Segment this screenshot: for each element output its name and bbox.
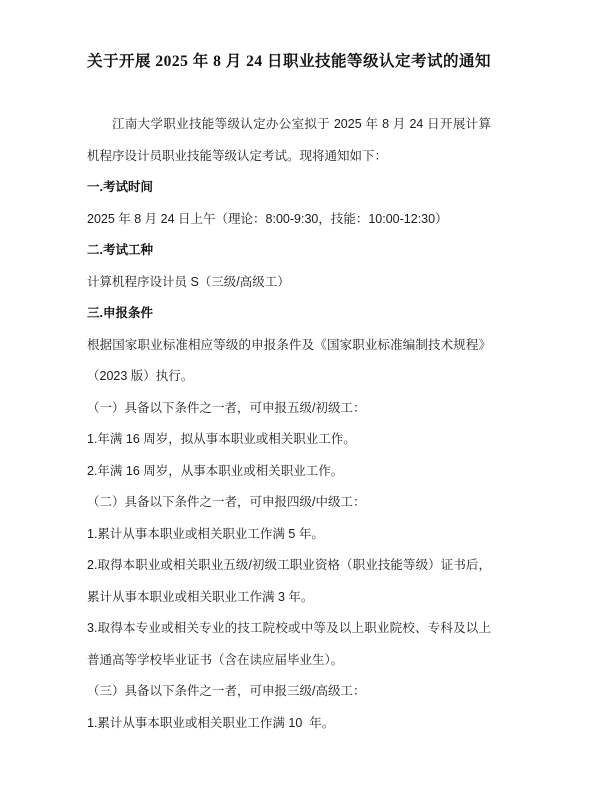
paragraph-level5-item-2: 2.年满 16 周岁，从事本职业或相关职业工作。	[87, 456, 491, 488]
paragraph-level5-item-1: 1.年满 16 周岁，拟从事本职业或相关职业工作。	[87, 424, 491, 456]
paragraph-intro: 江南大学职业技能等级认定办公室拟于 2025 年 8 月 24 日开展计算机程序…	[87, 109, 491, 172]
document-page: 关于开展 2025 年 8 月 24 日职业技能等级认定考试的通知 江南大学职业…	[0, 0, 591, 792]
paragraph-condition-level4-title: （二）具备以下条件之一者，可申报四级/中级工：	[87, 487, 491, 519]
paragraph-level3-item-1: 1.累计从事本职业或相关职业工作满 10 年。	[87, 708, 491, 740]
paragraph-exam-time: 2025 年 8 月 24 日上午（理论：8:00-9:30，技能：10:00-…	[87, 204, 491, 236]
document-title: 关于开展 2025 年 8 月 24 日职业技能等级认定考试的通知	[87, 46, 491, 78]
paragraph-level4-item-3: 3.取得本专业或相关专业的技工院校或中等及以上职业院校、专科及以上普通高等学校毕…	[87, 613, 491, 676]
section-heading-exam-trade: 二.考试工种	[87, 235, 491, 267]
paragraph-level4-item-1: 1.累计从事本职业或相关职业工作满 5 年。	[87, 519, 491, 551]
paragraph-level4-item-2: 2.取得本职业或相关职业五级/初级工职业资格（职业技能等级）证书后，累计从事本职…	[87, 550, 491, 613]
paragraph-condition-level5-title: （一）具备以下条件之一者，可申报五级/初级工：	[87, 393, 491, 425]
section-heading-exam-time: 一.考试时间	[87, 172, 491, 204]
paragraph-exam-trade: 计算机程序设计员 S（三级/高级工）	[87, 267, 491, 299]
paragraph-condition-level3-title: （三）具备以下条件之一者，可申报三级/高级工：	[87, 676, 491, 708]
section-heading-apply-conditions: 三.申报条件	[87, 298, 491, 330]
paragraph-standard-basis: 根据国家职业标准相应等级的申报条件及《国家职业标准编制技术规程》（2023 版）…	[87, 330, 491, 393]
